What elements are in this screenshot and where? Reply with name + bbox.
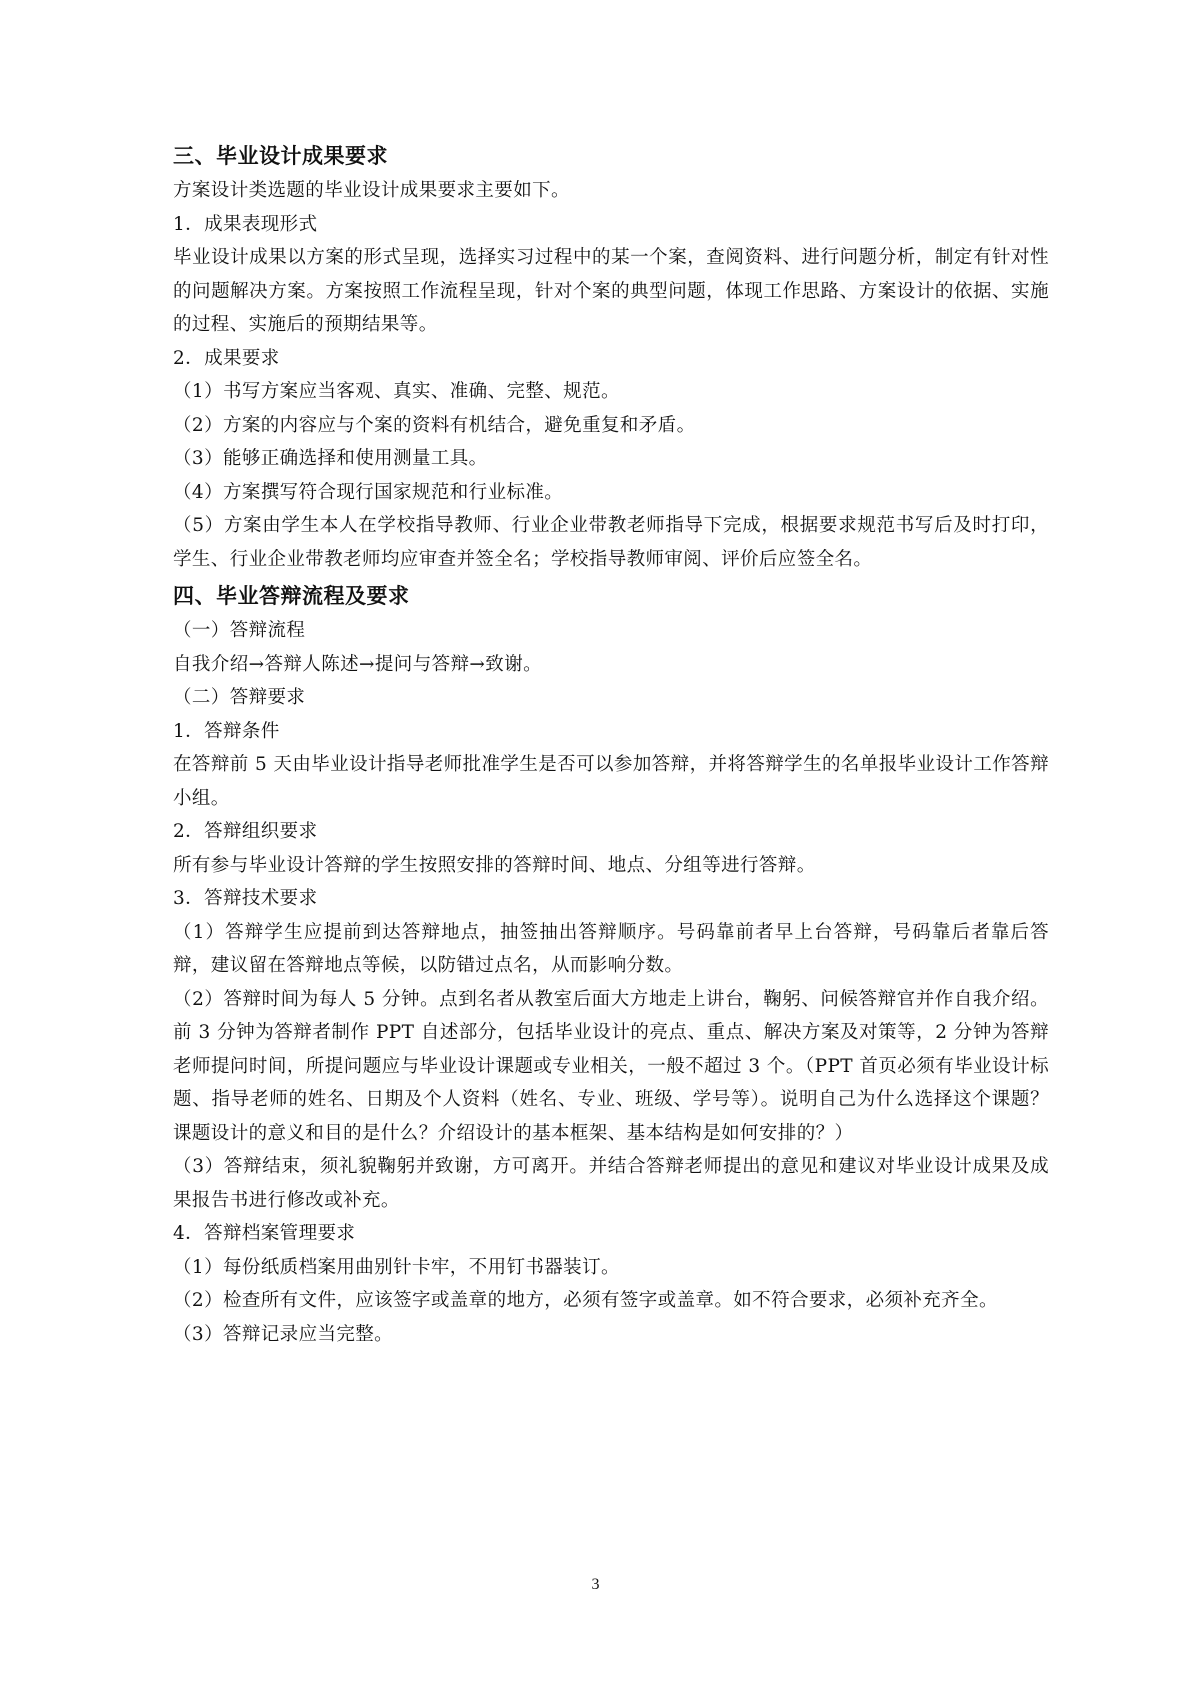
archive-item-1: （1）每份纸质档案用曲别针卡牢，不用钉书器装订。: [173, 1251, 1049, 1285]
part-1-title: （一）答辩流程: [173, 614, 1049, 648]
condition-3-title: 3．答辩技术要求: [173, 882, 1049, 916]
requirement-item-1: （1）书写方案应当客观、真实、准确、完整、规范。: [173, 375, 1049, 409]
requirement-item-2: （2）方案的内容应与个案的资料有机结合，避免重复和矛盾。: [173, 409, 1049, 443]
condition-1-title: 1．答辩条件: [173, 715, 1049, 749]
technical-item-3: （3）答辩结束，须礼貌鞠躬并致谢，方可离开。并结合答辩老师提出的意见和建议对毕业…: [173, 1150, 1049, 1217]
subsection-1-body: 毕业设计成果以方案的形式呈现，选择实习过程中的某一个案，查阅资料、进行问题分析，…: [173, 241, 1049, 342]
requirement-item-5: （5）方案由学生本人在学校指导教师、行业企业带教老师指导下完成，根据要求规范书写…: [173, 509, 1049, 576]
page-number: 3: [0, 1576, 1191, 1594]
document-page: 三、毕业设计成果要求 方案设计类选题的毕业设计成果要求主要如下。 1．成果表现形…: [173, 138, 1049, 1351]
technical-item-1: （1）答辩学生应提前到达答辩地点，抽签抽出答辩顺序。号码靠前者早上台答辩，号码靠…: [173, 916, 1049, 983]
condition-2-body: 所有参与毕业设计答辩的学生按照安排的答辩时间、地点、分组等进行答辩。: [173, 849, 1049, 883]
condition-1-body: 在答辩前 5 天由毕业设计指导老师批准学生是否可以参加答辩，并将答辩学生的名单报…: [173, 748, 1049, 815]
condition-4-title: 4．答辩档案管理要求: [173, 1217, 1049, 1251]
part-2-title: （二）答辩要求: [173, 681, 1049, 715]
archive-item-2: （2）检查所有文件，应该签字或盖章的地方，必须有签字或盖章。如不符合要求，必须补…: [173, 1284, 1049, 1318]
subsection-1-title: 1．成果表现形式: [173, 208, 1049, 242]
archive-item-3: （3）答辩记录应当完整。: [173, 1318, 1049, 1352]
section-3-heading: 三、毕业设计成果要求: [173, 138, 1049, 174]
technical-item-2: （2）答辩时间为每人 5 分钟。点到名者从教室后面大方地走上讲台，鞠躬、问候答辩…: [173, 983, 1049, 1151]
condition-2-title: 2．答辩组织要求: [173, 815, 1049, 849]
requirement-item-4: （4）方案撰写符合现行国家规范和行业标准。: [173, 476, 1049, 510]
defense-process: 自我介绍→答辩人陈述→提问与答辩→致谢。: [173, 648, 1049, 682]
requirement-item-3: （3）能够正确选择和使用测量工具。: [173, 442, 1049, 476]
section-3-intro: 方案设计类选题的毕业设计成果要求主要如下。: [173, 174, 1049, 208]
subsection-2-title: 2．成果要求: [173, 342, 1049, 376]
section-4-heading: 四、毕业答辩流程及要求: [173, 578, 1049, 614]
